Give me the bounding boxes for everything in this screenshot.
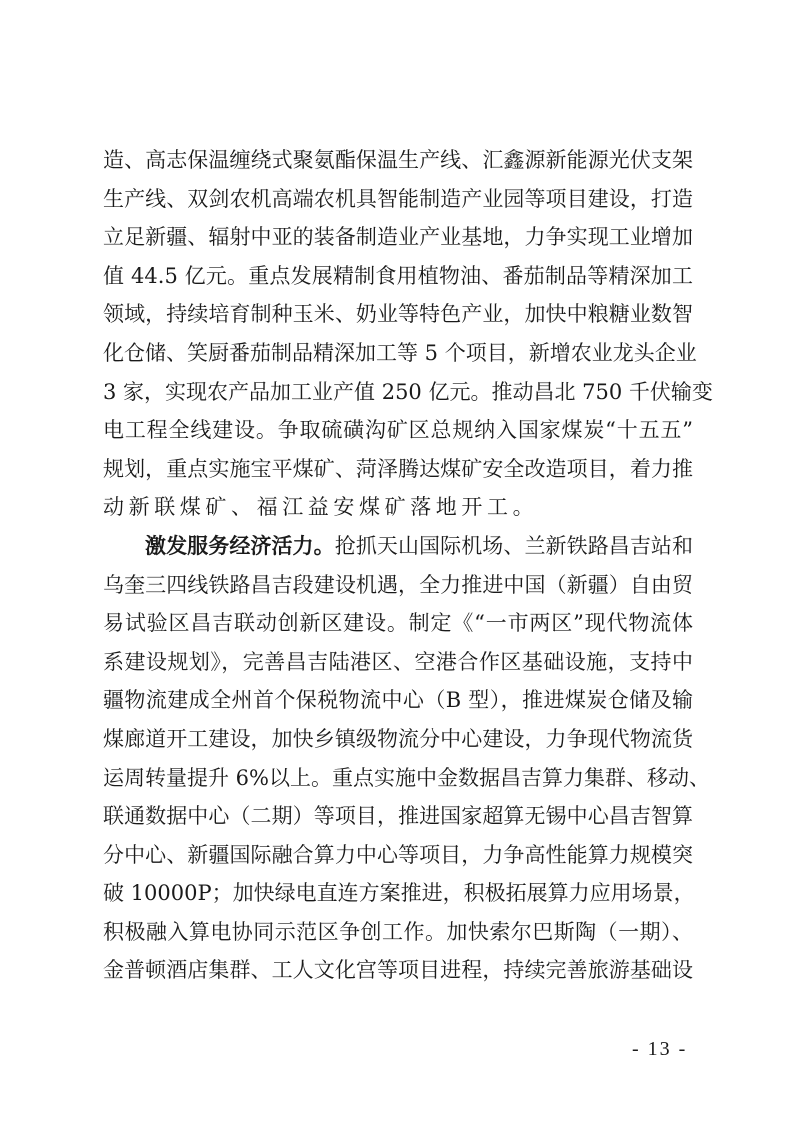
- text-line: 规划，重点实施宝平煤矿、菏泽腾达煤矿安全改造项目，着力推: [103, 450, 693, 489]
- page-number: - 13 -: [632, 1038, 687, 1061]
- text-line: 化仓储、笑厨番茄制品精深加工等 5 个项目，新增农业龙头企业: [103, 334, 693, 373]
- text-line: 乌奎三四线铁路昌吉段建设机遇，全力推进中国（新疆）自由贸: [103, 566, 693, 605]
- document-body: 造、高志保温缠绕式聚氨酯保温生产线、汇鑫源新能源光伏支架 生产线、双剑农机高端农…: [103, 141, 693, 990]
- text-line: 联通数据中心（二期）等项目，推进国家超算无锡中心昌吉智算: [103, 797, 693, 836]
- text-line: 分中心、新疆国际融合算力中心等项目，力争高性能算力规模突: [103, 836, 693, 875]
- text-line-first: 激发服务经济活力。抢抓天山国际机场、兰新铁路昌吉站和: [103, 527, 693, 566]
- text-line: 立足新疆、辐射中亚的装备制造业产业基地，力争实现工业增加: [103, 218, 693, 257]
- paragraph-service-economy: 激发服务经济活力。抢抓天山国际机场、兰新铁路昌吉站和 乌奎三四线铁路昌吉段建设机…: [103, 527, 693, 990]
- text-line: 易试验区昌吉联动创新区建设。制定《“一市两区”现代物流体: [103, 604, 693, 643]
- text-line: 金普顿酒店集群、工人文化宫等项目进程，持续完善旅游基础设: [103, 951, 693, 990]
- text-line: 电工程全线建设。争取硫磺沟矿区总规纳入国家煤炭“十五五”: [103, 411, 693, 450]
- text-line: 生产线、双剑农机高端农机具智能制造产业园等项目建设，打造: [103, 180, 693, 219]
- text-line: 破 10000P；加快绿电直连方案推进，积极拓展算力应用场景，: [103, 874, 693, 913]
- text-line: 3 家，实现农产品加工业产值 250 亿元。推动昌北 750 千伏输变: [103, 373, 693, 412]
- text-line: 煤廊道开工建设，加快乡镇级物流分中心建设，力争现代物流货: [103, 720, 693, 759]
- text-line: 积极融入算电协同示范区争创工作。加快索尔巴斯陶（一期）、: [103, 913, 693, 952]
- text-span: 抢抓天山国际机场、兰新铁路昌吉站和: [335, 534, 693, 558]
- text-line: 运周转量提升 6%以上。重点实施中金数据昌吉算力集群、移动、: [103, 759, 693, 798]
- paragraph-industry: 造、高志保温缠绕式聚氨酯保温生产线、汇鑫源新能源光伏支架 生产线、双剑农机高端农…: [103, 141, 693, 527]
- text-line: 值 44.5 亿元。重点发展精制食用植物油、番茄制品等精深加工: [103, 257, 693, 296]
- text-line: 动新联煤矿、福江益安煤矿落地开工。: [103, 488, 693, 527]
- text-line: 造、高志保温缠绕式聚氨酯保温生产线、汇鑫源新能源光伏支架: [103, 141, 693, 180]
- text-line: 疆物流建成全州首个保税物流中心（B 型），推进煤炭仓储及输: [103, 681, 693, 720]
- text-line: 领域，持续培育制种玉米、奶业等特色产业，加快中粮糖业数智: [103, 295, 693, 334]
- paragraph-heading: 激发服务经济活力。: [145, 534, 335, 558]
- text-line: 系建设规划》，完善昌吉陆港区、空港合作区基础设施，支持中: [103, 643, 693, 682]
